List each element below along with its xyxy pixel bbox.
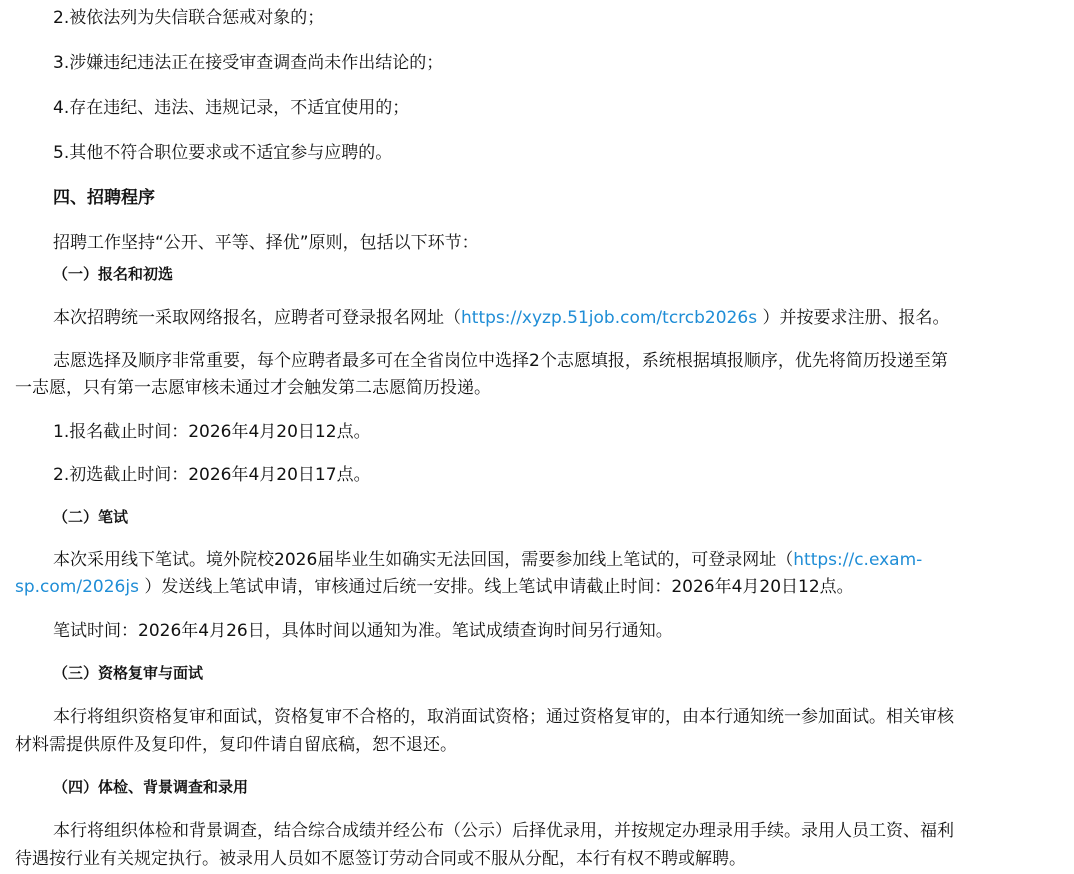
registration-link[interactable]: https://xyzp.51job.com/tcrcb2026s xyxy=(461,308,757,328)
exam-link-part-1[interactable]: https://c.exam- xyxy=(793,550,922,570)
hiring-paragraph-line-2: 待遇按行业有关规定执行。被录用人员如不愿签订劳动合同或不服从分配，本行有权不聘或… xyxy=(15,847,746,871)
condition-item-4: 4.存在违纪、违法、违规记录，不适宜使用的； xyxy=(53,96,409,120)
condition-item-3: 3.涉嫌违纪违法正在接受审查调查尚未作出结论的； xyxy=(53,51,443,75)
registration-paragraph-2-line-1: 志愿选择及顺序非常重要，每个应聘者最多可在全省岗位中选择2个志愿填报，系统根据填… xyxy=(53,349,948,373)
exam-title: （二）笔试 xyxy=(53,505,128,529)
registration-text-after: ）并按要求注册、报名。 xyxy=(757,308,949,328)
interview-paragraph-line-2: 材料需提供原件及复印件，复印件请自留底稿，恕不退还。 xyxy=(15,733,457,757)
registration-text-before: 本次招聘统一采取网络报名，应聘者可登录报名网址（ xyxy=(53,308,461,328)
exam-text-before: 本次采用线下笔试。境外院校2026届毕业生如确实无法回国，需要参加线上笔试的，可… xyxy=(53,550,793,570)
exam-paragraph-1-line-2: sp.com/2026js ）发送线上笔试申请，审核通过后统一安排。线上笔试申请… xyxy=(15,575,854,599)
hiring-paragraph-line-1: 本行将组织体检和背景调查，结合综合成绩并经公布（公示）后择优录用，并按规定办理录… xyxy=(53,819,954,843)
section-intro: 招聘工作坚持“公开、平等、择优”原则，包括以下环节： xyxy=(53,231,479,255)
registration-deadline: 1.报名截止时间：2026年4月20日12点。 xyxy=(53,420,371,444)
interview-title: （三）资格复审与面试 xyxy=(53,661,203,685)
section-heading: 四、招聘程序 xyxy=(53,186,155,210)
condition-item-5: 5.其他不符合职位要求或不适宜参与应聘的。 xyxy=(53,141,392,165)
exam-link-part-2[interactable]: sp.com/2026js xyxy=(15,577,139,597)
document-page: 2.被依法列为失信联合惩戒对象的； 3.涉嫌违纪违法正在接受审查调查尚未作出结论… xyxy=(0,0,1074,874)
registration-title: （一）报名和初选 xyxy=(53,262,173,286)
registration-paragraph-1: 本次招聘统一采取网络报名，应聘者可登录报名网址（https://xyzp.51j… xyxy=(53,306,949,330)
exam-paragraph-1-line-1: 本次采用线下笔试。境外院校2026届毕业生如确实无法回国，需要参加线上笔试的，可… xyxy=(53,548,922,572)
exam-paragraph-2: 笔试时间：2026年4月26日，具体时间以通知为准。笔试成绩查询时间另行通知。 xyxy=(53,619,673,643)
exam-text-after: ）发送线上笔试申请，审核通过后统一安排。线上笔试申请截止时间：2026年4月20… xyxy=(139,577,854,597)
screening-deadline: 2.初选截止时间：2026年4月20日17点。 xyxy=(53,463,371,487)
hiring-title: （四）体检、背景调查和录用 xyxy=(53,775,248,799)
registration-paragraph-2-line-2: 一志愿，只有第一志愿审核未通过才会触发第二志愿简历投递。 xyxy=(15,376,491,400)
condition-item-2: 2.被依法列为失信联合惩戒对象的； xyxy=(53,6,324,30)
interview-paragraph-line-1: 本行将组织资格复审和面试，资格复审不合格的，取消面试资格；通过资格复审的，由本行… xyxy=(53,705,954,729)
